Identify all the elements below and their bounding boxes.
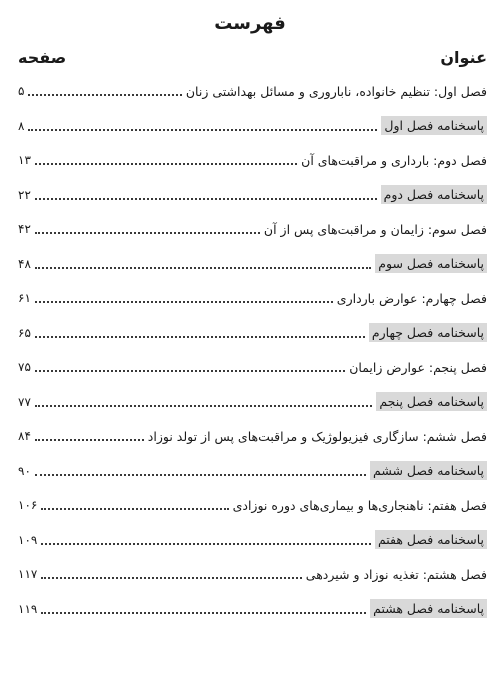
dot-leader xyxy=(35,163,297,165)
toc-entry-page-number: ۸ xyxy=(18,119,24,133)
toc-entry-page-number: ۱۱۹ xyxy=(18,602,37,616)
dot-leader xyxy=(41,577,301,579)
dot-leader xyxy=(35,301,333,303)
toc-entry-page-number: ۲۲ xyxy=(18,188,31,202)
toc-entry-page-number: ۱۱۷ xyxy=(18,567,37,581)
dot-leader xyxy=(35,439,144,441)
toc-entry-page-number: ۶۵ xyxy=(18,326,31,340)
toc-entry-label: فصل سوم: زایمان و مراقبت‌های پس از آن xyxy=(264,221,487,238)
dot-leader xyxy=(41,612,366,614)
toc-entry: پاسخنامه فصل ششم ۹۰ xyxy=(18,454,487,489)
dot-leader xyxy=(41,543,371,545)
toc-entry: پاسخنامه فصل هفتم ۱۰۹ xyxy=(18,523,487,558)
header-title-label: عنوان xyxy=(440,46,487,70)
toc-entry: فصل هفتم: ناهنجاری‌ها و بیماری‌های دوره … xyxy=(18,488,487,523)
toc-header: عنوان صفحه xyxy=(0,38,500,70)
toc-entry-label: پاسخنامه فصل پنجم xyxy=(376,392,487,411)
dot-leader xyxy=(35,232,260,234)
toc-page: فهرست عنوان صفحه فصل اول: تنظیم خانواده،… xyxy=(0,0,500,700)
toc-entry: فصل ششم: سازگاری فیزیولوژیک و مراقبت‌های… xyxy=(18,419,487,454)
toc-entry: پاسخنامه فصل چهارم ۶۵ xyxy=(18,316,487,351)
page-title: فهرست xyxy=(0,10,500,38)
dot-leader xyxy=(28,129,377,131)
toc-entry-page-number: ۸۴ xyxy=(18,429,31,443)
toc-entry: فصل پنجم: عوارض زایمان ۷۵ xyxy=(18,350,487,385)
dot-leader xyxy=(41,508,228,510)
toc-entry-label: پاسخنامه فصل چهارم xyxy=(369,323,487,342)
toc-entry: فصل دوم: بارداری و مراقبت‌های آن ۱۳ xyxy=(18,143,487,178)
toc-entry-page-number: ۵ xyxy=(18,84,24,98)
header-page-label: صفحه xyxy=(18,46,66,70)
dot-leader xyxy=(35,370,345,372)
toc-entry-label: پاسخنامه فصل اول xyxy=(381,116,487,135)
dot-leader xyxy=(35,267,371,269)
toc-entry: پاسخنامه فصل دوم ۲۲ xyxy=(18,178,487,213)
toc-entry: پاسخنامه فصل هشتم ۱۱۹ xyxy=(18,592,487,627)
toc-entry-page-number: ۴۸ xyxy=(18,257,31,271)
toc-entry-page-number: ۹۰ xyxy=(18,464,31,478)
toc-list: فصل اول: تنظیم خانواده، ناباروری و مسائل… xyxy=(0,70,500,626)
dot-leader xyxy=(35,405,372,407)
toc-entry-label: فصل هفتم: ناهنجاری‌ها و بیماری‌های دوره … xyxy=(233,497,487,514)
toc-entry-label: پاسخنامه فصل دوم xyxy=(381,185,487,204)
toc-entry: پاسخنامه فصل پنجم ۷۷ xyxy=(18,385,487,420)
toc-entry-label: فصل هشتم: تغذیه نوزاد و شیردهی xyxy=(306,566,487,583)
toc-entry: فصل هشتم: تغذیه نوزاد و شیردهی ۱۱۷ xyxy=(18,557,487,592)
toc-entry-page-number: ۷۵ xyxy=(18,360,31,374)
toc-entry-page-number: ۴۲ xyxy=(18,222,31,236)
toc-entry-page-number: ۱۳ xyxy=(18,153,31,167)
toc-entry-page-number: ۷۷ xyxy=(18,395,31,409)
toc-entry: پاسخنامه فصل اول ۸ xyxy=(18,109,487,144)
toc-entry-label: فصل پنجم: عوارض زایمان xyxy=(349,359,487,376)
toc-entry-label: فصل اول: تنظیم خانواده، ناباروری و مسائل… xyxy=(186,83,487,100)
dot-leader xyxy=(35,474,366,476)
toc-entry-label: فصل ششم: سازگاری فیزیولوژیک و مراقبت‌های… xyxy=(148,428,487,445)
toc-entry-page-number: ۶۱ xyxy=(18,291,31,305)
toc-entry-page-number: ۱۰۹ xyxy=(18,533,37,547)
toc-entry-label: پاسخنامه فصل هفتم xyxy=(375,530,487,549)
dot-leader xyxy=(35,198,377,200)
toc-entry-label: پاسخنامه فصل سوم xyxy=(375,254,487,273)
toc-entry: فصل سوم: زایمان و مراقبت‌های پس از آن ۴۲ xyxy=(18,212,487,247)
toc-entry-label: پاسخنامه فصل هشتم xyxy=(370,599,487,618)
toc-entry: پاسخنامه فصل سوم ۴۸ xyxy=(18,247,487,282)
toc-entry: فصل چهارم: عوارض بارداری ۶۱ xyxy=(18,281,487,316)
toc-entry-page-number: ۱۰۶ xyxy=(18,498,37,512)
toc-entry-label: فصل چهارم: عوارض بارداری xyxy=(337,290,487,307)
toc-entry-label: فصل دوم: بارداری و مراقبت‌های آن xyxy=(301,152,487,169)
toc-entry-label: پاسخنامه فصل ششم xyxy=(370,461,487,480)
dot-leader xyxy=(28,94,181,96)
toc-entry: فصل اول: تنظیم خانواده، ناباروری و مسائل… xyxy=(18,74,487,109)
dot-leader xyxy=(35,336,365,338)
